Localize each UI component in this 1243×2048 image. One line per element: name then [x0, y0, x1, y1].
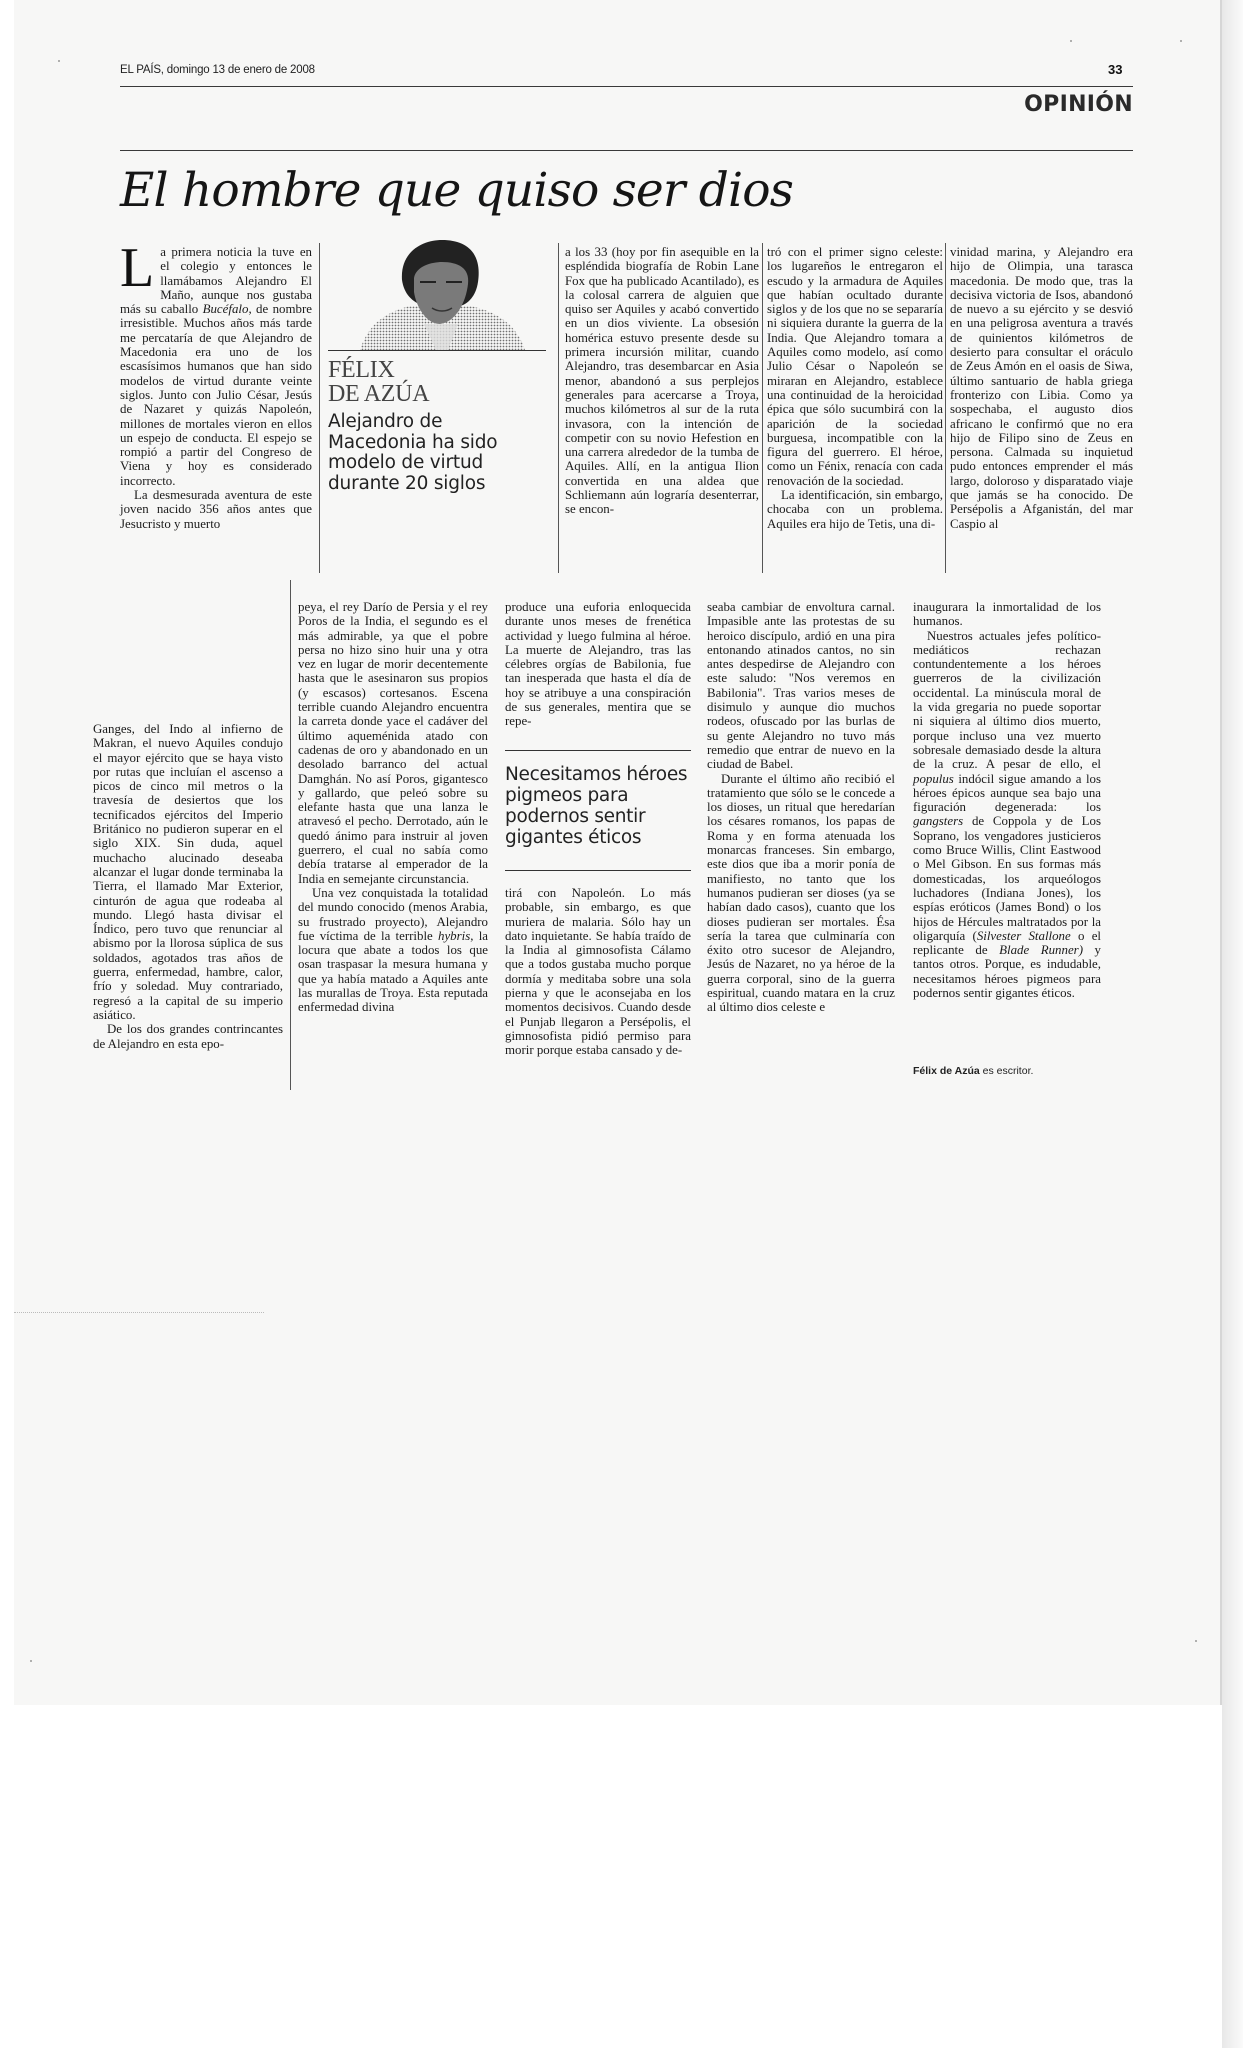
paragraph: tirá con Napoleón. Lo más probable, sin …: [505, 886, 691, 1058]
lower-column-1: Ganges, del Indo al infierno de Makran, …: [93, 722, 283, 1051]
scan-speck: [58, 60, 60, 62]
upper-column-1: La primera noticia la tuve en el colegio…: [120, 245, 312, 531]
author-first-name: FÉLIX: [328, 358, 429, 382]
italic-text: gangsters: [913, 814, 963, 828]
lower-column-3-top: produce una euforia enloquecida durante …: [505, 600, 691, 729]
author-portrait-photo: [340, 240, 540, 350]
paragraph: vinidad marina, y Alejandro era hijo de …: [950, 245, 1133, 531]
author-last-name: DE AZÚA: [328, 382, 429, 406]
scan-speck: [30, 1660, 32, 1662]
drop-cap: L: [120, 247, 154, 289]
italic-text: hybris: [438, 929, 470, 943]
paragraph: a los 33 (hoy por fin asequible en la es…: [565, 245, 759, 517]
italic-text: Silvester Stallone: [977, 929, 1071, 943]
photo-baseline-rule: [328, 350, 546, 351]
paragraph: La desmesurada aventura de este joven na…: [120, 488, 312, 531]
lower-column-2: peya, el rey Darío de Persia y el rey Po…: [298, 600, 488, 1015]
upper-column-5: vinidad marina, y Alejandro era hijo de …: [950, 245, 1133, 531]
italic-text: Blade Runner): [999, 943, 1083, 957]
paragraph: De los dos grandes contrincantes de Alej…: [93, 1022, 283, 1051]
paragraph-text: , de nombre irresistible. Muchos años má…: [120, 302, 312, 488]
column-divider: [319, 243, 320, 573]
pull-quote-lower: Necesitamos héroes pigmeos para podernos…: [505, 764, 695, 848]
paragraph: inaugurara la inmortalidad de los humano…: [913, 600, 1101, 629]
column-divider: [290, 580, 291, 1090]
signoff-author: Félix de Azúa: [913, 1065, 980, 1077]
column-divider: [558, 243, 559, 573]
paragraph: tró con el primer signo celeste: los lug…: [767, 245, 943, 488]
lower-column-4: seaba cambiar de envoltura carnal. Impas…: [707, 600, 895, 1015]
paragraph: seaba cambiar de envoltura carnal. Impas…: [707, 600, 895, 772]
lower-column-3-bottom: tirá con Napoleón. Lo más probable, sin …: [505, 886, 691, 1058]
page-number: 33: [1108, 62, 1122, 77]
header-rule: [120, 86, 1133, 87]
italic-text: Bucéfalo: [203, 302, 249, 316]
scan-speck: [1070, 40, 1072, 42]
author-name: FÉLIX DE AZÚA: [328, 358, 429, 406]
column-divider: [762, 243, 763, 573]
pull-quote-rule-bottom: [505, 870, 691, 871]
page-edge-shadow: [1222, 0, 1243, 2048]
paragraph: Ganges, del Indo al infierno de Makran, …: [93, 722, 283, 1022]
scan-speck: [1180, 40, 1182, 42]
column-divider: [945, 243, 946, 573]
upper-column-3: a los 33 (hoy por fin asequible en la es…: [565, 245, 759, 517]
signoff-role: es escritor.: [980, 1065, 1034, 1077]
pull-quote-rule-top: [505, 750, 691, 751]
section-rule: [120, 150, 1133, 151]
paragraph: La identificación, sin embargo, chocaba …: [767, 488, 943, 531]
paragraph-text: Nuestros actuales jefes político-mediáti…: [913, 629, 1101, 772]
paragraph: Durante el último año recibió el tratami…: [707, 772, 895, 1015]
section-title: OPINIÓN: [1020, 92, 1133, 117]
paragraph: peya, el rey Darío de Persia y el rey Po…: [298, 600, 488, 886]
author-signoff: Félix de Azúa es escritor.: [913, 1065, 1033, 1077]
scan-artifact-rule: [14, 1312, 264, 1313]
article-title: El hombre que quiso ser dios: [120, 163, 793, 218]
paragraph-text: de Coppola y de Los Soprano, los vengado…: [913, 814, 1101, 942]
italic-text: populus: [913, 772, 954, 786]
publication-date: EL PAÍS, domingo 13 de enero de 2008: [120, 64, 315, 76]
upper-column-4: tró con el primer signo celeste: los lug…: [767, 245, 943, 531]
pull-quote-upper: Alejandro de Macedonia ha sido modelo de…: [328, 412, 543, 494]
lower-column-5: inaugurara la inmortalidad de los humano…: [913, 600, 1101, 1000]
scan-speck: [1195, 1640, 1197, 1642]
paragraph: produce una euforia enloquecida durante …: [505, 600, 691, 729]
